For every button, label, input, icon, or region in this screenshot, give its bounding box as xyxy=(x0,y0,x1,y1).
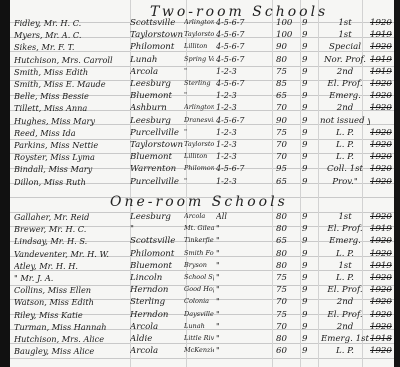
cell-grade: 60 xyxy=(276,346,296,356)
cell-year: 1920 xyxy=(370,91,400,101)
cell-certificate: L. P. xyxy=(320,128,370,138)
cell-grade: 80 xyxy=(276,212,296,222)
cell-grades: " xyxy=(216,236,272,245)
cell-grade: 70 xyxy=(276,152,296,162)
cell-town: Purcellville xyxy=(130,177,190,187)
cell-office: Daysville xyxy=(184,310,214,318)
cell-certificate: Special xyxy=(320,42,370,52)
cell-name: Royster, Miss Lyma xyxy=(14,152,124,162)
cell-grade: 70 xyxy=(276,297,296,307)
cell-grade: 75 xyxy=(276,128,296,138)
cell-year: 1919 xyxy=(370,224,400,234)
cell-year: 1919 xyxy=(370,55,400,65)
cell-months: 9 xyxy=(302,224,312,234)
cell-office: Taylorstown xyxy=(184,30,214,38)
cell-grade: 70 xyxy=(276,103,296,113)
cell-certificate: L. P. xyxy=(320,273,370,283)
cell-name: Reed, Miss Ida xyxy=(14,128,124,138)
cell-grade: 70 xyxy=(276,140,296,150)
cell-year: 1920 xyxy=(370,346,400,356)
cell-office: " xyxy=(184,177,214,185)
cell-office: McKenzie Ridge xyxy=(184,346,214,354)
cell-year: 1920 xyxy=(370,310,400,320)
cell-grades: 4-5-6-7 xyxy=(216,116,272,125)
cell-name: Gallaher, Mr. Reid xyxy=(14,212,124,222)
ledger-row: Dillon, Miss RuthPurcellville"1-2-3659Pr… xyxy=(14,176,392,191)
cell-months: 9 xyxy=(302,55,312,65)
cell-name: Smith, Miss Edith xyxy=(14,67,124,77)
cell-months: 9 xyxy=(302,67,312,77)
cell-months: 9 xyxy=(302,116,312,126)
cell-office: Little River xyxy=(184,334,214,342)
cell-months: 9 xyxy=(302,236,312,246)
cell-name: Baugley, Miss Alice xyxy=(14,346,124,356)
cell-year: 1919 xyxy=(370,67,400,77)
cell-name: Collins, Miss Ellen xyxy=(14,285,124,295)
cell-months: 9 xyxy=(302,30,312,40)
cell-year: 1920 xyxy=(370,177,400,187)
cell-name: Turman, Miss Hannah xyxy=(14,322,124,332)
cell-year: 1920 xyxy=(370,18,400,28)
cell-grade: 75 xyxy=(276,273,296,283)
cell-year: 1920 xyxy=(370,42,400,52)
cell-grades: 4-5-6-7 xyxy=(216,164,272,173)
cell-certificate: El. Prof. xyxy=(320,310,370,320)
cell-office: Arlington xyxy=(184,103,214,111)
cell-grades: " xyxy=(216,261,272,270)
cell-year: 1920 xyxy=(370,285,400,295)
cell-year: 1920 xyxy=(370,249,400,259)
ledger-row: Baugley, Miss AliceArcolaMcKenzie Ridge"… xyxy=(14,345,392,360)
cell-name: Vandeventer, Mr. H. W. xyxy=(14,249,124,259)
cell-town: Bluemont xyxy=(130,152,190,162)
cell-months: 9 xyxy=(302,103,312,113)
cell-office: Dranesville xyxy=(184,116,214,124)
cell-grades: 4-5-6-7 xyxy=(216,55,272,64)
cell-certificate: not issued yet xyxy=(320,116,370,126)
cell-year: 1920 xyxy=(370,140,400,150)
cell-months: 9 xyxy=(302,79,312,89)
cell-name: Tillett, Miss Anna xyxy=(14,103,124,113)
cell-town: Arcola xyxy=(130,346,190,356)
cell-office: " xyxy=(184,67,214,75)
cell-certificate: Nor. Prof. xyxy=(320,55,370,65)
cell-grade: 90 xyxy=(276,116,296,126)
cell-year: 1920 xyxy=(370,103,400,113)
cell-months: 9 xyxy=(302,285,312,295)
cell-town: Ashburn xyxy=(130,103,190,113)
cell-grades: All xyxy=(216,212,272,221)
cell-grades: 4-5-6-7 xyxy=(216,30,272,39)
cell-months: 9 xyxy=(302,42,312,52)
cell-months: 9 xyxy=(302,152,312,162)
cell-grades: " xyxy=(216,346,272,355)
cell-certificate: 2nd xyxy=(320,67,370,77)
cell-grades: 1-2-3 xyxy=(216,103,272,112)
cell-name: " Mr. J. A. xyxy=(14,273,124,283)
cell-year: 1920 xyxy=(370,273,400,283)
cell-certificate: 2nd xyxy=(320,297,370,307)
cell-office: Taylorstown xyxy=(184,140,214,148)
cell-grade: 80 xyxy=(276,224,296,234)
cell-grade: 80 xyxy=(276,249,296,259)
cell-town: Herndon xyxy=(130,285,190,295)
cell-name: Bindall, Miss Mary xyxy=(14,164,124,174)
cell-certificate: Emerg. 1st xyxy=(320,334,370,344)
cell-town: Philomont xyxy=(130,42,190,52)
cell-grades: 4-5-6-7 xyxy=(216,18,272,27)
cell-certificate: 1st xyxy=(320,18,370,28)
cell-name: Riley, Miss Katie xyxy=(14,310,124,320)
cell-office: Lilliton xyxy=(184,152,214,160)
cell-town: Scottsville xyxy=(130,236,190,246)
cell-certificate: Coll. 1st xyxy=(320,164,370,174)
cell-months: 9 xyxy=(302,140,312,150)
cell-town: Sterling xyxy=(130,297,190,307)
cell-months: 9 xyxy=(302,273,312,283)
cell-year: 1920 xyxy=(370,212,400,222)
cell-certificate: L. P. xyxy=(320,249,370,259)
cell-town: Taylorstown xyxy=(130,140,190,150)
cell-certificate: El. Prof. xyxy=(320,79,370,89)
cell-certificate: 2nd xyxy=(320,103,370,113)
cell-name: Myers, Mr. A. C. xyxy=(14,30,124,40)
cell-grades: 4-5-6-7 xyxy=(216,42,272,51)
page-binding-shadow xyxy=(0,0,10,367)
cell-name: Atley, Mr. H. H. xyxy=(14,261,124,271)
cell-grade: 70 xyxy=(276,322,296,332)
cell-town: Arcola xyxy=(130,67,190,77)
cell-months: 9 xyxy=(302,249,312,259)
cell-name: Sikes, Mr. F. T. xyxy=(14,42,124,52)
cell-certificate: L. P. xyxy=(320,140,370,150)
cell-town: Arcola xyxy=(130,322,190,332)
cell-grades: " xyxy=(216,224,272,233)
cell-months: 9 xyxy=(302,322,312,332)
cell-grade: 90 xyxy=(276,42,296,52)
cell-grades: 4-5-6-7 xyxy=(216,79,272,88)
cell-name: Hutchison, Mrs. Alice xyxy=(14,334,124,344)
cell-grade: 65 xyxy=(276,177,296,187)
cell-grade: 100 xyxy=(276,18,296,28)
cell-grades: " xyxy=(216,334,272,343)
cell-year: 1920 xyxy=(370,236,400,246)
cell-grade: 75 xyxy=(276,310,296,320)
cell-grade: 100 xyxy=(276,30,296,40)
cell-months: 9 xyxy=(302,18,312,28)
cell-grade: 85 xyxy=(276,79,296,89)
cell-name: Watson, Miss Edith xyxy=(14,297,124,307)
cell-months: 9 xyxy=(302,261,312,271)
cell-name: Parkins, Miss Nettie xyxy=(14,140,124,150)
cell-town: Leesburg xyxy=(130,79,190,89)
cell-grades: " xyxy=(216,297,272,306)
cell-year: 1920 xyxy=(370,152,400,162)
cell-months: 9 xyxy=(302,212,312,222)
cell-name: Fidley, Mr. H. C. xyxy=(14,18,124,28)
cell-town: " xyxy=(130,224,190,234)
cell-grade: 65 xyxy=(276,236,296,246)
cell-certificate: 1st xyxy=(320,212,370,222)
cell-name: Brewer, Mr. H. C. xyxy=(14,224,124,234)
cell-town: Lincoln xyxy=(130,273,190,283)
cell-grades: 1-2-3 xyxy=(216,140,272,149)
cell-year: 1920 xyxy=(370,322,400,332)
cell-certificate: Emerg. xyxy=(320,236,370,246)
cell-office: Lunah xyxy=(184,322,214,330)
cell-grades: 1-2-3 xyxy=(216,152,272,161)
cell-months: 9 xyxy=(302,128,312,138)
cell-town: Bluemont xyxy=(130,261,190,271)
cell-town: Philomont xyxy=(130,249,190,259)
cell-office: Colonia xyxy=(184,297,214,305)
cell-office: Smith Fork xyxy=(184,249,214,257)
cell-certificate: 1st xyxy=(320,30,370,40)
cell-grades: " xyxy=(216,285,272,294)
cell-town: Bluemont xyxy=(130,91,190,101)
cell-town: Leesburg xyxy=(130,212,190,222)
cell-grade: 75 xyxy=(276,285,296,295)
cell-grade: 80 xyxy=(276,334,296,344)
cell-grades: " xyxy=(216,273,272,282)
cell-certificate: L. P. xyxy=(320,152,370,162)
cell-grades: " xyxy=(216,249,272,258)
cell-grade: 75 xyxy=(276,67,296,77)
cell-town: Scottsville xyxy=(130,18,190,28)
cell-grades: " xyxy=(216,322,272,331)
cell-certificate: El. Prof. xyxy=(320,285,370,295)
cell-year: 1920 xyxy=(370,297,400,307)
cell-name: Dillon, Miss Ruth xyxy=(14,177,124,187)
cell-year: 1918 xyxy=(370,334,400,344)
cell-months: 9 xyxy=(302,346,312,356)
cell-office: Philomont xyxy=(184,164,214,172)
cell-town: Taylorstown xyxy=(130,30,190,40)
cell-certificate: Prov." xyxy=(320,177,370,187)
cell-grades: 1-2-3 xyxy=(216,177,272,186)
ledger-page: Two-room Schools One-room Schools Fidley… xyxy=(0,0,400,367)
cell-months: 9 xyxy=(302,297,312,307)
cell-office: Bryson xyxy=(184,261,214,269)
cell-grade: 80 xyxy=(276,55,296,65)
cell-grades: 1-2-3 xyxy=(216,128,272,137)
cell-year: 1920 xyxy=(370,164,400,174)
cell-office: Mt. Gilead xyxy=(184,224,214,232)
cell-year: 1920 xyxy=(370,79,400,89)
cell-grade: 80 xyxy=(276,261,296,271)
cell-grades: " xyxy=(216,310,272,319)
cell-office: " xyxy=(184,128,214,136)
cell-certificate: 1st xyxy=(320,261,370,271)
cell-certificate: 2nd xyxy=(320,322,370,332)
cell-office: Good Hope xyxy=(184,285,214,293)
cell-year: 1919 xyxy=(370,261,400,271)
cell-office: Spring Valley xyxy=(184,55,214,63)
cell-certificate: L. P. xyxy=(320,346,370,356)
cell-grades: 1-2-3 xyxy=(216,67,272,76)
cell-certificate: El. Prof. xyxy=(320,224,370,234)
cell-name: Hutchison, Mrs. Carroll xyxy=(14,55,124,65)
cell-name: Belle, Miss Bessie xyxy=(14,91,124,101)
cell-months: 9 xyxy=(302,334,312,344)
cell-year: 1919 xyxy=(370,30,400,40)
cell-town: Warrenton xyxy=(130,164,190,174)
cell-certificate: Emerg. xyxy=(320,91,370,101)
cell-year: 1920 xyxy=(370,128,400,138)
cell-name: Smith, Miss E. Maude xyxy=(14,79,124,89)
cell-town: Leesburg xyxy=(130,116,190,126)
cell-office: Lilliton xyxy=(184,42,214,50)
cell-name: Hughes, Miss Mary xyxy=(14,116,124,126)
cell-grades: 1-2-3 xyxy=(216,91,272,100)
cell-months: 9 xyxy=(302,177,312,187)
cell-office: " xyxy=(184,91,214,99)
section-heading-one-room: One-room Schools xyxy=(110,194,288,210)
cell-name: Lindsay, Mr. H. S. xyxy=(14,236,124,246)
cell-office: Arcola xyxy=(184,212,214,220)
cell-months: 9 xyxy=(302,310,312,320)
cell-months: 9 xyxy=(302,91,312,101)
cell-office: Tinkerfield xyxy=(184,236,214,244)
cell-grade: 65 xyxy=(276,91,296,101)
cell-office: Sterling xyxy=(184,79,214,87)
cell-town: Purcellville xyxy=(130,128,190,138)
cell-town: Aldie xyxy=(130,334,190,344)
cell-office: School Springs xyxy=(184,273,214,281)
cell-office: Arlington xyxy=(184,18,214,26)
cell-town: Herndon xyxy=(130,310,190,320)
cell-town: Lunah xyxy=(130,55,190,65)
cell-months: 9 xyxy=(302,164,312,174)
cell-grade: 95 xyxy=(276,164,296,174)
